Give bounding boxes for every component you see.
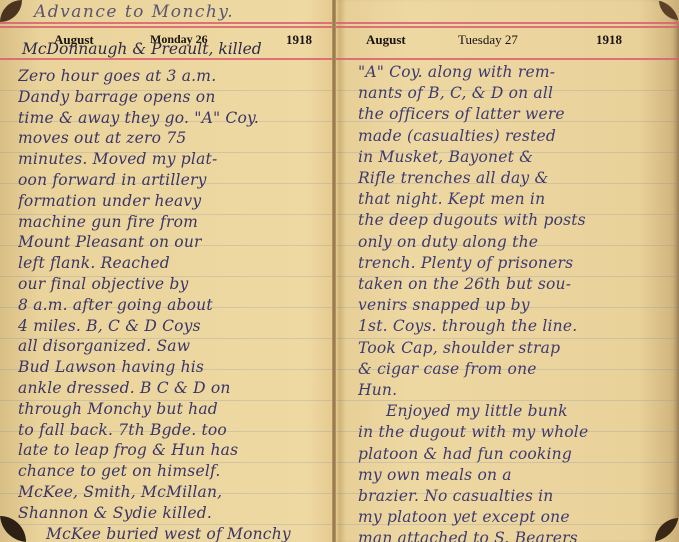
handwritten-line: my platoon yet except one (358, 507, 669, 528)
handwritten-line: only on duty along the (358, 232, 669, 253)
handwritten-line: Rifle trenches all day & (358, 168, 669, 189)
header-year: 1918 (286, 32, 312, 48)
handwritten-line: oon forward in artillery (18, 170, 324, 191)
handwritten-line: Zero hour goes at 3 a.m. (18, 66, 324, 87)
handwritten-line: late to leap frog & Hun has (18, 440, 324, 461)
handwritten-line: my own meals on a (358, 465, 669, 486)
handwritten-line: machine gun fire from (18, 212, 324, 233)
handwritten-line: that night. Kept men in (358, 189, 669, 210)
handwritten-line: in Musket, Bayonet & (358, 147, 669, 168)
handwritten-line: in the dugout with my whole (358, 422, 669, 443)
diary-spread: Advance to Monchy. August Monday 26 1918… (0, 0, 679, 542)
handwritten-line: trench. Plenty of prisoners (358, 253, 669, 274)
handwritten-line: through Monchy but had (18, 399, 324, 420)
page-corner (0, 0, 22, 22)
handwritten-line: all disorganized. Saw (18, 336, 324, 357)
handwritten-line: man attached to S. Bearers (358, 528, 669, 542)
handwritten-line: the deep dugouts with posts (358, 210, 669, 231)
handwritten-line: nants of B, C, & D on all (358, 83, 669, 104)
handwritten-line: Took Cap, shoulder strap (358, 338, 669, 359)
header-year: 1918 (596, 32, 622, 48)
date-header: August Tuesday 27 1918 (336, 32, 679, 52)
handwritten-line: & cigar case from one (358, 359, 669, 380)
handwritten-line: McKee, Smith, McMillan, (18, 482, 324, 503)
handwritten-entry: Zero hour goes at 3 a.m. Dandy barrage o… (18, 66, 324, 542)
handwritten-line: platoon & had fun cooking (358, 444, 669, 465)
entry-title: Advance to Monchy. (34, 2, 234, 22)
red-rule (0, 26, 334, 28)
handwritten-line: the officers of latter were (358, 104, 669, 125)
header-day: Tuesday 27 (458, 32, 518, 48)
handwritten-line: minutes. Moved my plat- (18, 149, 324, 170)
handwritten-line: 4 miles. B, C & D Coys (18, 316, 324, 337)
handwritten-line: ankle dressed. B C & D on (18, 378, 324, 399)
handwritten-line: moves out at zero 75 (18, 128, 324, 149)
handwritten-line: formation under heavy (18, 191, 324, 212)
handwritten-line: 1st. Coys. through the line. (358, 316, 669, 337)
handwritten-line: chance to get on himself. (18, 461, 324, 482)
handwritten-line: taken on the 26th but sou- (358, 274, 669, 295)
red-rule (336, 26, 679, 28)
handwritten-line: Hun. (358, 380, 669, 401)
handwritten-line: brazier. No casualties in (358, 486, 669, 507)
handwritten-line: Mount Pleasant on our (18, 232, 324, 253)
red-rule (336, 22, 679, 24)
header-month: August (366, 32, 406, 48)
handwritten-line: our final objective by (18, 274, 324, 295)
handwritten-line: Bud Lawson having his (18, 357, 324, 378)
handwritten-line: 8 a.m. after going about (18, 295, 324, 316)
left-page: Advance to Monchy. August Monday 26 1918… (0, 0, 334, 542)
handwritten-line: left flank. Reached (18, 253, 324, 274)
handwritten-line: venirs snapped up by (358, 295, 669, 316)
handwritten-line: Enjoyed my little bunk (358, 401, 669, 422)
red-rule (0, 22, 334, 24)
handwritten-line: Dandy barrage opens on (18, 87, 324, 108)
right-page: August Tuesday 27 1918 "A" Coy. along wi… (336, 0, 679, 542)
handwritten-line: time & away they go. "A" Coy. (18, 108, 324, 129)
page-corner (659, 0, 679, 20)
handwritten-entry: "A" Coy. along with rem- nants of B, C, … (358, 62, 669, 542)
handwritten-line: McKee buried west of Monchy (18, 524, 324, 542)
handwritten-line: McDonnaugh & Preault, killed (22, 40, 262, 58)
handwritten-line: "A" Coy. along with rem- (358, 62, 669, 83)
handwritten-line: Shannon & Sydie killed. (18, 503, 324, 524)
handwritten-line: to fall back. 7th Bgde. too (18, 420, 324, 441)
handwritten-line: made (casualties) rested (358, 126, 669, 147)
